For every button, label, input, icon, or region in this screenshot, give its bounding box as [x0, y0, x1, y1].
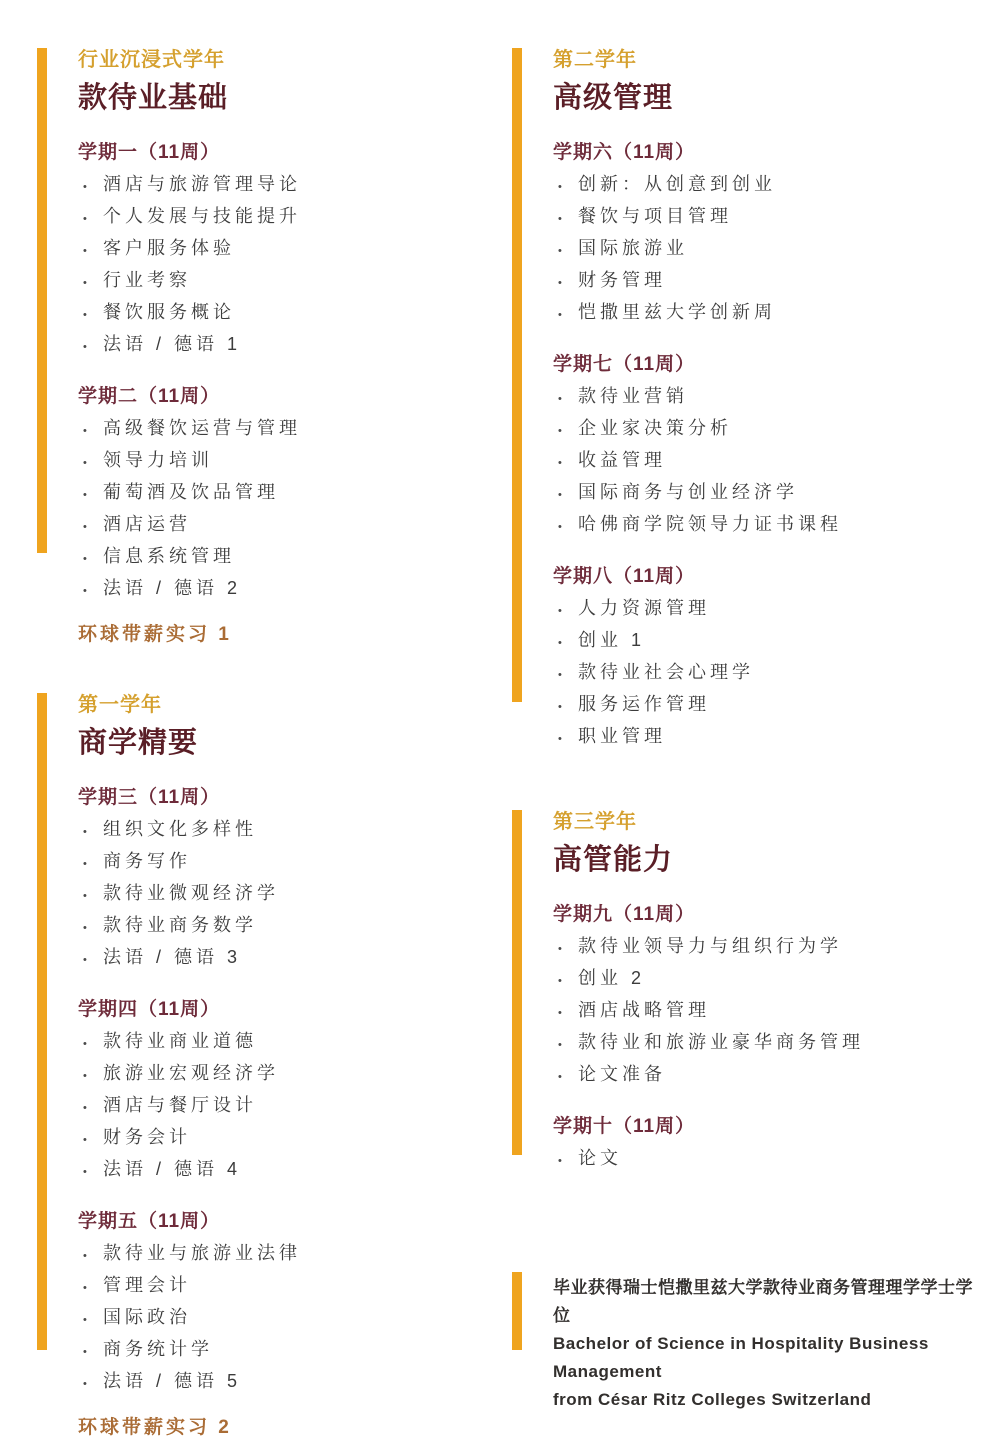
course-label: 法语 / 德语 3	[103, 943, 241, 972]
course-item: •创业 2	[553, 964, 990, 996]
course-label: 款待业社会心理学	[578, 658, 754, 687]
semester-1: 学期一（11周） •酒店与旅游管理导论 •个人发展与技能提升 •客户服务体验 •…	[78, 142, 477, 362]
course-list: •创新：从创意到创业 •餐饮与项目管理 •国际旅游业 •财务管理 •恺撒里兹大学…	[553, 170, 990, 330]
course-list: •人力资源管理 •创业 1 •款待业社会心理学 •服务运作管理 •职业管理	[553, 594, 990, 754]
course-label: 论文准备	[578, 1060, 666, 1089]
course-item: •哈佛商学院领导力证书课程	[553, 510, 990, 542]
section-industry-immersion: 行业沉浸式学年 款待业基础 学期一（11周） •酒店与旅游管理导论 •个人发展与…	[37, 48, 477, 646]
bullet-icon: •	[553, 661, 578, 690]
course-list: •论文	[553, 1144, 990, 1176]
course-label: 国际商务与创业经济学	[578, 478, 798, 507]
course-label: 餐饮与项目管理	[578, 202, 732, 231]
semester-5: 学期五（11周） •款待业与旅游业法律 •管理会计 •国际政治 •商务统计学 •…	[78, 1211, 477, 1399]
accent-bar	[512, 1272, 522, 1350]
semester-heading: 学期四（11周）	[78, 999, 477, 1021]
bullet-icon: •	[553, 449, 578, 478]
course-item: •商务统计学	[78, 1335, 477, 1367]
course-item: •酒店运营	[78, 510, 477, 542]
section-eyebrow: 第一学年	[78, 693, 477, 717]
course-label: 管理会计	[103, 1271, 191, 1300]
course-label: 法语 / 德语 4	[103, 1155, 241, 1184]
semester-6: 学期六（11周） •创新：从创意到创业 •餐饮与项目管理 •国际旅游业 •财务管…	[553, 142, 990, 330]
course-label: 法语 / 德语 2	[103, 574, 241, 603]
course-label: 酒店运营	[103, 510, 191, 539]
course-item: •国际商务与创业经济学	[553, 478, 990, 510]
semester-heading: 学期六（11周）	[553, 142, 990, 164]
bullet-icon: •	[553, 205, 578, 234]
bullet-icon: •	[78, 1370, 103, 1399]
course-item: •企业家决策分析	[553, 414, 990, 446]
bullet-icon: •	[78, 1062, 103, 1091]
bullet-icon: •	[78, 1274, 103, 1303]
course-label: 领导力培训	[103, 446, 213, 475]
course-label: 行业考察	[103, 266, 191, 295]
course-item: •款待业与旅游业法律	[78, 1239, 477, 1271]
section-eyebrow: 第三学年	[553, 810, 990, 834]
course-list: •款待业领导力与组织行为学 •创业 2 •酒店战略管理 •款待业和旅游业豪华商务…	[553, 932, 990, 1092]
course-item: •款待业社会心理学	[553, 658, 990, 690]
internship-note: 环球带薪实习 2	[78, 1417, 477, 1439]
semester-heading: 学期五（11周）	[78, 1211, 477, 1233]
course-label: 旅游业宏观经济学	[103, 1059, 279, 1088]
accent-bar	[37, 693, 47, 1350]
graduation-line-en-1: Bachelor of Science in Hospitality Busin…	[553, 1330, 990, 1386]
course-label: 恺撒里兹大学创新周	[578, 298, 776, 327]
course-label: 职业管理	[578, 722, 666, 751]
bullet-icon: •	[553, 967, 578, 996]
course-item: •法语 / 德语 2	[78, 574, 477, 606]
course-item: •论文	[553, 1144, 990, 1176]
course-list: •组织文化多样性 •商务写作 •款待业微观经济学 •款待业商务数学 •法语 / …	[78, 815, 477, 975]
course-label: 高级餐饮运营与管理	[103, 414, 301, 443]
course-list: •高级餐饮运营与管理 •领导力培训 •葡萄酒及饮品管理 •酒店运营 •信息系统管…	[78, 414, 477, 606]
bullet-icon: •	[553, 629, 578, 658]
bullet-icon: •	[553, 173, 578, 202]
semester-heading: 学期九（11周）	[553, 904, 990, 926]
bullet-icon: •	[78, 1030, 103, 1059]
bullet-icon: •	[553, 269, 578, 298]
course-label: 法语 / 德语 1	[103, 330, 241, 359]
section-year-1: 第一学年 商学精要 学期三（11周） •组织文化多样性 •商务写作 •款待业微观…	[37, 693, 477, 1439]
course-item: •职业管理	[553, 722, 990, 754]
course-item: •人力资源管理	[553, 594, 990, 626]
course-item: •款待业商务数学	[78, 911, 477, 943]
bullet-icon: •	[78, 577, 103, 606]
course-label: 款待业领导力与组织行为学	[578, 932, 842, 961]
course-label: 款待业商业道德	[103, 1027, 257, 1056]
section-year-2: 第二学年 高级管理 学期六（11周） •创新：从创意到创业 •餐饮与项目管理 •…	[512, 48, 990, 754]
bullet-icon: •	[78, 333, 103, 362]
bullet-icon: •	[78, 545, 103, 574]
bullet-icon: •	[553, 385, 578, 414]
course-label: 服务运作管理	[578, 690, 710, 719]
bullet-icon: •	[78, 850, 103, 879]
bullet-icon: •	[78, 914, 103, 943]
semester-heading: 学期七（11周）	[553, 354, 990, 376]
course-label: 酒店战略管理	[578, 996, 710, 1025]
course-label: 组织文化多样性	[103, 815, 257, 844]
course-label: 款待业商务数学	[103, 911, 257, 940]
semester-heading: 学期八（11周）	[553, 566, 990, 588]
course-item: •餐饮与项目管理	[553, 202, 990, 234]
semester-9: 学期九（11周） •款待业领导力与组织行为学 •创业 2 •酒店战略管理 •款待…	[553, 904, 990, 1092]
course-label: 哈佛商学院领导力证书课程	[578, 510, 842, 539]
bullet-icon: •	[553, 597, 578, 626]
course-item: •财务管理	[553, 266, 990, 298]
course-item: •法语 / 德语 3	[78, 943, 477, 975]
semester-10: 学期十（11周） •论文	[553, 1116, 990, 1176]
course-list: •酒店与旅游管理导论 •个人发展与技能提升 •客户服务体验 •行业考察 •餐饮服…	[78, 170, 477, 362]
course-label: 信息系统管理	[103, 542, 235, 571]
course-item: •法语 / 德语 5	[78, 1367, 477, 1399]
bullet-icon: •	[553, 999, 578, 1028]
section-title: 高管能力	[553, 842, 990, 878]
course-item: •组织文化多样性	[78, 815, 477, 847]
bullet-icon: •	[553, 1063, 578, 1092]
course-item: •款待业和旅游业豪华商务管理	[553, 1028, 990, 1060]
section-eyebrow: 第二学年	[553, 48, 990, 72]
course-list: •款待业营销 •企业家决策分析 •收益管理 •国际商务与创业经济学 •哈佛商学院…	[553, 382, 990, 542]
bullet-icon: •	[78, 1094, 103, 1123]
course-label: 款待业和旅游业豪华商务管理	[578, 1028, 864, 1057]
course-label: 国际旅游业	[578, 234, 688, 263]
course-item: •行业考察	[78, 266, 477, 298]
course-label: 论文	[578, 1144, 622, 1173]
semester-heading: 学期二（11周）	[78, 386, 477, 408]
course-item: •酒店战略管理	[553, 996, 990, 1028]
semester-3: 学期三（11周） •组织文化多样性 •商务写作 •款待业微观经济学 •款待业商务…	[78, 787, 477, 975]
course-item: •创业 1	[553, 626, 990, 658]
course-label: 国际政治	[103, 1303, 191, 1332]
bullet-icon: •	[78, 1126, 103, 1155]
bullet-icon: •	[553, 481, 578, 510]
semester-heading: 学期十（11周）	[553, 1116, 990, 1138]
course-label: 商务统计学	[103, 1335, 213, 1364]
bullet-icon: •	[78, 1158, 103, 1187]
semester-heading: 学期一（11周）	[78, 142, 477, 164]
course-item: •客户服务体验	[78, 234, 477, 266]
semester-7: 学期七（11周） •款待业营销 •企业家决策分析 •收益管理 •国际商务与创业经…	[553, 354, 990, 542]
course-item: •恺撒里兹大学创新周	[553, 298, 990, 330]
course-item: •款待业商业道德	[78, 1027, 477, 1059]
course-item: •个人发展与技能提升	[78, 202, 477, 234]
bullet-icon: •	[553, 693, 578, 722]
bullet-icon: •	[78, 301, 103, 330]
semester-8: 学期八（11周） •人力资源管理 •创业 1 •款待业社会心理学 •服务运作管理…	[553, 566, 990, 754]
bullet-icon: •	[553, 935, 578, 964]
course-item: •管理会计	[78, 1271, 477, 1303]
semester-2: 学期二（11周） •高级餐饮运营与管理 •领导力培训 •葡萄酒及饮品管理 •酒店…	[78, 386, 477, 606]
course-label: 葡萄酒及饮品管理	[103, 478, 279, 507]
bullet-icon: •	[78, 173, 103, 202]
accent-bar	[37, 48, 47, 553]
bullet-icon: •	[553, 301, 578, 330]
bullet-icon: •	[78, 1338, 103, 1367]
section-year-3: 第三学年 高管能力 学期九（11周） •款待业领导力与组织行为学 •创业 2 •…	[512, 810, 990, 1176]
course-label: 创业 2	[578, 964, 645, 993]
course-label: 企业家决策分析	[578, 414, 732, 443]
course-label: 创业 1	[578, 626, 645, 655]
course-item: •法语 / 德语 1	[78, 330, 477, 362]
course-label: 创新：从创意到创业	[578, 170, 776, 199]
bullet-icon: •	[78, 205, 103, 234]
accent-bar	[512, 48, 522, 702]
course-item: •款待业微观经济学	[78, 879, 477, 911]
course-label: 个人发展与技能提升	[103, 202, 301, 231]
bullet-icon: •	[78, 237, 103, 266]
course-item: •创新：从创意到创业	[553, 170, 990, 202]
course-label: 商务写作	[103, 847, 191, 876]
course-item: •款待业营销	[553, 382, 990, 414]
section-title: 商学精要	[78, 725, 477, 761]
course-item: •收益管理	[553, 446, 990, 478]
bullet-icon: •	[78, 882, 103, 911]
bullet-icon: •	[78, 946, 103, 975]
bullet-icon: •	[78, 417, 103, 446]
bullet-icon: •	[78, 481, 103, 510]
course-label: 人力资源管理	[578, 594, 710, 623]
bullet-icon: •	[78, 1306, 103, 1335]
course-item: •财务会计	[78, 1123, 477, 1155]
course-item: •商务写作	[78, 847, 477, 879]
course-list: •款待业商业道德 •旅游业宏观经济学 •酒店与餐厅设计 •财务会计 •法语 / …	[78, 1027, 477, 1187]
section-title: 款待业基础	[78, 80, 477, 116]
bullet-icon: •	[553, 1031, 578, 1060]
course-label: 餐饮服务概论	[103, 298, 235, 327]
bullet-icon: •	[553, 417, 578, 446]
bullet-icon: •	[78, 269, 103, 298]
section-title: 高级管理	[553, 80, 990, 116]
graduation-line-en-2: from César Ritz Colleges Switzerland	[553, 1386, 990, 1414]
course-label: 酒店与餐厅设计	[103, 1091, 257, 1120]
course-label: 收益管理	[578, 446, 666, 475]
bullet-icon: •	[78, 513, 103, 542]
course-list: •款待业与旅游业法律 •管理会计 •国际政治 •商务统计学 •法语 / 德语 5	[78, 1239, 477, 1399]
course-label: 款待业微观经济学	[103, 879, 279, 908]
section-eyebrow: 行业沉浸式学年	[78, 48, 477, 72]
course-item: •款待业领导力与组织行为学	[553, 932, 990, 964]
course-item: •服务运作管理	[553, 690, 990, 722]
internship-note: 环球带薪实习 1	[78, 624, 477, 646]
course-label: 客户服务体验	[103, 234, 235, 263]
bullet-icon: •	[78, 1242, 103, 1271]
course-label: 酒店与旅游管理导论	[103, 170, 301, 199]
course-item: •国际旅游业	[553, 234, 990, 266]
course-item: •葡萄酒及饮品管理	[78, 478, 477, 510]
graduation-note: 毕业获得瑞士恺撒里兹大学款待业商务管理理学学士学位 Bachelor of Sc…	[512, 1272, 990, 1414]
graduation-line-zh: 毕业获得瑞士恺撒里兹大学款待业商务管理理学学士学位	[553, 1274, 990, 1330]
course-item: •论文准备	[553, 1060, 990, 1092]
course-label: 财务管理	[578, 266, 666, 295]
course-item: •旅游业宏观经济学	[78, 1059, 477, 1091]
bullet-icon: •	[78, 449, 103, 478]
bullet-icon: •	[553, 725, 578, 754]
course-item: •法语 / 德语 4	[78, 1155, 477, 1187]
course-item: •高级餐饮运营与管理	[78, 414, 477, 446]
bullet-icon: •	[78, 818, 103, 847]
course-item: •酒店与旅游管理导论	[78, 170, 477, 202]
course-label: 款待业与旅游业法律	[103, 1239, 301, 1268]
course-item: •信息系统管理	[78, 542, 477, 574]
course-label: 法语 / 德语 5	[103, 1367, 241, 1396]
bullet-icon: •	[553, 513, 578, 542]
semester-4: 学期四（11周） •款待业商业道德 •旅游业宏观经济学 •酒店与餐厅设计 •财务…	[78, 999, 477, 1187]
course-item: •餐饮服务概论	[78, 298, 477, 330]
course-label: 款待业营销	[578, 382, 688, 411]
course-label: 财务会计	[103, 1123, 191, 1152]
course-item: •国际政治	[78, 1303, 477, 1335]
course-item: •领导力培训	[78, 446, 477, 478]
accent-bar	[512, 810, 522, 1155]
semester-heading: 学期三（11周）	[78, 787, 477, 809]
bullet-icon: •	[553, 1147, 578, 1176]
course-item: •酒店与餐厅设计	[78, 1091, 477, 1123]
bullet-icon: •	[553, 237, 578, 266]
